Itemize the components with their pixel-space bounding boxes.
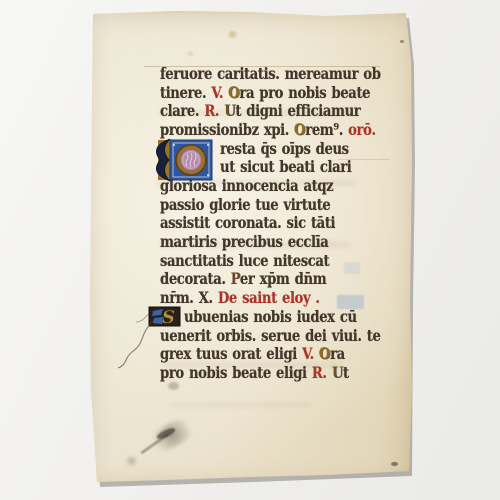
- text-segment: passio glorie tue virtute: [160, 197, 330, 215]
- text-line: pro nobis beate eligi R. Ut: [160, 365, 349, 383]
- text-segment: V.: [302, 346, 314, 364]
- text-line: uenerit orbis. serue dei viui. te: [160, 328, 380, 346]
- text-segment: De saint eloy .: [218, 290, 320, 308]
- text-line: tinere. V. Ora pro nobis beate: [160, 85, 370, 103]
- text-segment: ut sicut beati clari: [220, 159, 351, 177]
- stain-gray-patch: [168, 382, 179, 390]
- text-segment: martiris precibus ecclīa: [160, 234, 328, 252]
- text-line: ut sicut beati clari: [220, 159, 351, 177]
- ink-smudge-core: [155, 426, 176, 441]
- text-segment: O: [228, 85, 239, 103]
- photo-backdrop: P S feruore caritatis. mereamur obtinere…: [0, 0, 500, 500]
- text-line: grex tuus orat eligi V. Ora: [160, 346, 345, 364]
- text-line: ubuenias nobis iudex cū: [184, 309, 357, 327]
- text-segment: er xp̄m dn̄m: [240, 271, 326, 289]
- manuscript-leaf: P S feruore caritatis. mereamur obtinere…: [86, 10, 418, 488]
- text-segment: O: [294, 122, 305, 140]
- text-segment: rem⁹.: [305, 122, 348, 140]
- text-segment: resta q̄s oīps deus: [220, 141, 349, 159]
- showthrough-smudge: [170, 402, 310, 408]
- text-segment: t digni efficiamur: [235, 103, 360, 121]
- text-line: sanctitatis luce nitescat: [160, 253, 329, 271]
- text-line: gloriosa innocencia atqz: [160, 178, 333, 196]
- stain-tan-spot: [226, 30, 239, 39]
- text-line: decorata. Per xp̄m dn̄m: [160, 271, 326, 289]
- illuminated-initial-p: P: [150, 138, 218, 182]
- text-segment: gloriosa innocencia atqz: [160, 178, 333, 196]
- stain-fleck: [400, 40, 404, 43]
- text-segment: O: [319, 346, 330, 364]
- text-segment: t: [343, 365, 349, 383]
- text-segment: pro nobis beate eligi: [160, 365, 312, 383]
- stain-tan-spot: [186, 50, 195, 57]
- ink-smudge-tail: [140, 433, 170, 455]
- ink-smudge: [143, 412, 200, 458]
- text-segment: assistit coronata. sic tāti: [160, 215, 335, 233]
- stain-fleck: [391, 462, 398, 466]
- ink-smudge: [124, 456, 139, 466]
- text-segment: orō.: [348, 122, 376, 140]
- text-segment: ra pro nobis beate: [239, 85, 370, 103]
- text-segment: decorata.: [160, 271, 231, 289]
- text-segment: ubuenias nobis iudex cū: [184, 309, 357, 327]
- text-line: promissionibz xpi. Orem⁹. orō.: [160, 122, 376, 140]
- text-line: feruore caritatis. mereamur ob: [160, 66, 381, 84]
- text-segment: R.: [312, 365, 327, 383]
- text-line: resta q̄s oīps deus: [220, 141, 349, 159]
- text-line: passio glorie tue virtute: [160, 197, 330, 215]
- text-line: nr̄m. X. De saint eloy .: [160, 290, 320, 308]
- text-segment: uenerit orbis. serue dei viui. te: [160, 328, 380, 346]
- text-segment: U: [332, 365, 343, 383]
- text-segment: grex tuus orat eligi: [160, 346, 302, 364]
- text-line: martiris precibus ecclīa: [160, 234, 328, 252]
- text-segment: tinere.: [160, 85, 211, 103]
- text-segment: clare.: [160, 103, 204, 121]
- text-segment: feruore caritatis. mereamur ob: [160, 66, 381, 84]
- text-line: clare. R. Ut digni efficiamur: [160, 103, 360, 121]
- text-segment: P: [231, 271, 240, 289]
- text-segment: U: [224, 103, 235, 121]
- text-segment: sanctitatis luce nitescat: [160, 253, 329, 271]
- text-line: assistit coronata. sic tāti: [160, 215, 335, 233]
- text-segment: ra: [330, 346, 345, 364]
- text-segment: R.: [204, 103, 219, 121]
- text-segment: V.: [211, 85, 223, 103]
- line-filler: [337, 295, 364, 309]
- svg-text:S: S: [162, 307, 175, 327]
- text-segment: nr̄m. X.: [160, 290, 218, 308]
- text-segment: promissionibz xpi.: [160, 122, 294, 140]
- line-filler: [344, 262, 360, 274]
- pen-flourish: [114, 310, 159, 372]
